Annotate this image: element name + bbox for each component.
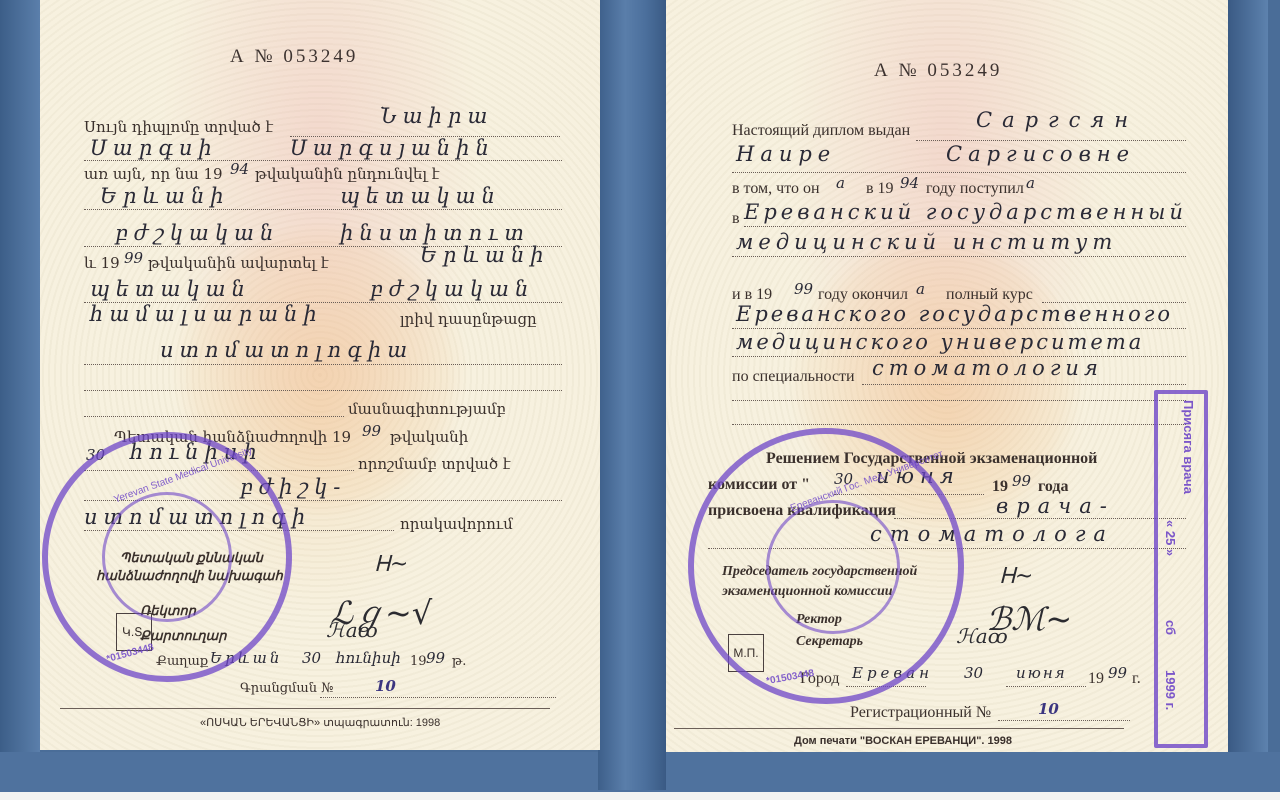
institution-line1: Ереванский государственный bbox=[744, 200, 1187, 224]
registration-label: Գրանցման № bbox=[240, 681, 333, 696]
diploma-spine bbox=[598, 0, 666, 790]
oath-stamp-line2: « 25 » bbox=[1163, 520, 1178, 556]
dotted-line bbox=[732, 328, 1186, 329]
right-page-russian: А № 053249 Настоящий диплом выдан Саргся… bbox=[666, 0, 1228, 752]
chair-signature: Ꮋ~ bbox=[375, 552, 408, 577]
dotted-line bbox=[732, 256, 1186, 257]
registration-number: 10 bbox=[375, 677, 396, 695]
qualification-line1: врача- bbox=[996, 494, 1115, 518]
date-suffix: թ. bbox=[452, 654, 466, 669]
specialty-handwritten: ստոմատոլոգիա bbox=[160, 338, 413, 362]
decision-label: որոշմամբ տրված է bbox=[358, 455, 511, 473]
admission-label-c: году поступил bbox=[926, 180, 1024, 198]
graduation-label-a: և 19 bbox=[84, 254, 120, 272]
admission-label-a: առ այն, որ նա 19 bbox=[84, 165, 223, 183]
printer-footer: «ՈՍԿԱՆ ԵՐԵՎԱՆՑԻ» տպագրատուն: 1998 bbox=[200, 716, 440, 729]
qualification-label: որակավորում bbox=[400, 515, 513, 533]
surname-handwritten: Саргсян bbox=[976, 108, 1138, 132]
seal-inner-ring bbox=[102, 492, 232, 622]
full-course-label: լրիվ դասընթացը bbox=[400, 310, 537, 328]
university-line1-c: բժշկական bbox=[370, 277, 534, 301]
issued-to-label: Սույն դիպլոմը տրված է bbox=[84, 118, 273, 136]
chair-signature: Ꮋ~ bbox=[1000, 564, 1033, 589]
date-year: 99 bbox=[426, 649, 445, 667]
admission-label-b: թվականին ընդունվել է bbox=[255, 165, 439, 183]
date-year-prefix: 19 bbox=[410, 654, 427, 669]
secretary-signature: ℋaꝏ bbox=[326, 618, 378, 642]
dotted-line bbox=[84, 209, 562, 210]
university-line2: համալսարանի bbox=[90, 302, 323, 326]
dotted-line bbox=[320, 697, 556, 698]
dotted-line bbox=[732, 172, 1186, 173]
admission-year: 94 bbox=[230, 160, 249, 178]
gender-suffix-1: а bbox=[836, 174, 845, 192]
university-line1-a: Երևանի bbox=[420, 243, 550, 267]
dotted-line bbox=[916, 140, 1186, 141]
institution-prefix: в bbox=[732, 210, 740, 228]
dotted-line bbox=[732, 424, 1186, 425]
graduation-year: 99 bbox=[794, 280, 813, 298]
given-name-handwritten: Նաիրա bbox=[380, 104, 493, 128]
cover-left-edge bbox=[0, 0, 40, 790]
dotted-line bbox=[862, 384, 1186, 385]
commission-year: 99 bbox=[362, 422, 381, 440]
graduation-label-b: թվականին ավարտել է bbox=[148, 254, 328, 272]
oath-stamp-line1: Присяга врача bbox=[1181, 400, 1196, 494]
issued-to-label: Настоящий диплом выдан bbox=[732, 122, 910, 140]
institution-line1-a: Երևանի bbox=[100, 184, 230, 208]
patronymic-handwritten: Саргисовне bbox=[946, 142, 1135, 166]
date-suffix: г. bbox=[1132, 670, 1141, 688]
institution-line1-b: պետական bbox=[340, 184, 501, 208]
oath-stamp-line3: сб bbox=[1163, 620, 1178, 635]
commission-label-b: թվականի bbox=[390, 428, 468, 446]
specialty-label: մասնագիտությամբ bbox=[348, 400, 506, 418]
date-year: 99 bbox=[1108, 664, 1127, 682]
footer-rule bbox=[674, 728, 1124, 729]
serial-number: А № 053249 bbox=[874, 60, 1002, 82]
date-month: հունիսի bbox=[336, 649, 401, 667]
printer-footer: Дом печати "ВОСКАН ЕРЕВАНЦИ". 1998 bbox=[794, 735, 1012, 747]
date-day: 30 bbox=[964, 664, 983, 682]
dotted-line bbox=[1006, 686, 1086, 687]
dotted-line bbox=[744, 226, 1186, 227]
dotted-line bbox=[84, 390, 562, 391]
university-line1: Ереванского государственного bbox=[736, 302, 1173, 326]
specialty-label: по специальности bbox=[732, 368, 855, 386]
gender-suffix-3: а bbox=[916, 280, 925, 298]
dotted-line bbox=[84, 416, 344, 417]
registration-label: Регистрационный № bbox=[850, 704, 991, 722]
specialty-handwritten: стоматология bbox=[872, 356, 1103, 380]
patronymic-handwritten: Սարգսի bbox=[90, 136, 218, 160]
graduation-year: 99 bbox=[124, 249, 143, 267]
dotted-line bbox=[84, 364, 562, 365]
serial-number: А № 053249 bbox=[230, 46, 358, 68]
date-year-prefix: 19 bbox=[1088, 670, 1104, 688]
footer-rule bbox=[60, 708, 550, 709]
admission-label-b: в 19 bbox=[866, 180, 894, 198]
cover-right-edge bbox=[1228, 0, 1268, 790]
admission-label-a: в том, что он bbox=[732, 180, 820, 198]
commission-year: 99 bbox=[1012, 472, 1031, 490]
admission-year: 94 bbox=[900, 174, 919, 192]
surname-handwritten: Սարգսյանին bbox=[290, 136, 495, 160]
institution-line2-b: ինստիտուտ bbox=[340, 221, 530, 245]
date-day: 30 bbox=[302, 649, 321, 667]
dotted-line bbox=[84, 160, 562, 161]
date-month: июня bbox=[1016, 664, 1067, 682]
dotted-line bbox=[998, 720, 1130, 721]
gender-suffix-2: а bbox=[1026, 174, 1035, 192]
dotted-line bbox=[732, 400, 1186, 401]
university-line2: медицинского университета bbox=[736, 330, 1144, 354]
secretary-signature: ℋaꝏ bbox=[956, 624, 1008, 648]
left-page-armenian: А № 053249 Սույն դիպլոմը տրված է Նաիրա Ս… bbox=[40, 0, 600, 750]
registration-number: 10 bbox=[1038, 700, 1059, 718]
oath-stamp-line4: 1999 г. bbox=[1163, 670, 1178, 710]
institution-line2-a: բժշկական bbox=[115, 221, 279, 245]
seal-inner-ring bbox=[766, 500, 900, 634]
given-name-handwritten: Наире bbox=[736, 142, 836, 166]
institution-line2: медицинский институт bbox=[736, 230, 1117, 254]
university-line1-b: պետական bbox=[90, 277, 251, 301]
